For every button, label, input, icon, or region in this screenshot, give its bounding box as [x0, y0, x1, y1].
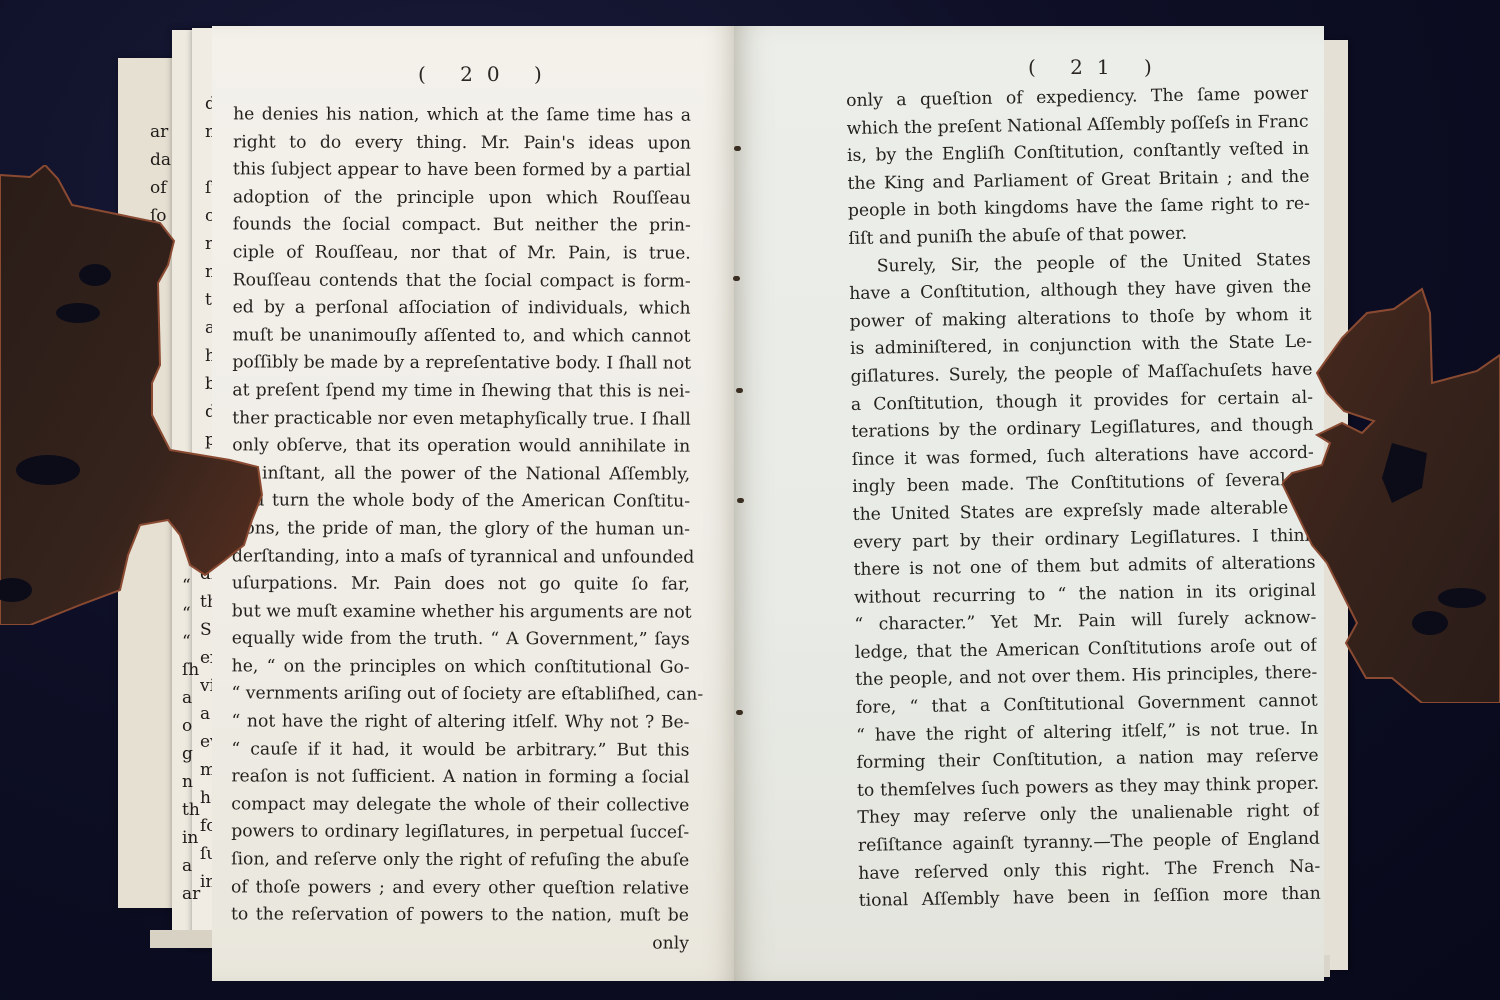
text-line: equally wide from the truth. “ A Governm…: [232, 626, 690, 655]
text-line: muſt be unanimouſly aſſented to, and whi…: [232, 322, 690, 351]
page-number-right: ( 21 ): [1028, 55, 1166, 79]
text-line: he denies his nation, which at the ſame …: [233, 101, 691, 130]
page-number-left: ( 20 ): [418, 62, 556, 86]
copper-page-weight-right-icon: [1282, 283, 1500, 703]
text-line: ther practicable nor even metaphyſically…: [232, 405, 690, 434]
text-line: “ not have the right of altering itſelf.…: [231, 708, 689, 737]
text-line: only obſerve, that its operation would a…: [232, 433, 690, 462]
text-line: but we muſt examine whether his argument…: [232, 598, 690, 627]
text-line: right to do every thing. Mr. Pain's idea…: [233, 129, 691, 158]
stitch-hole: [737, 498, 744, 503]
stitch-hole: [734, 146, 741, 151]
text-line: “ vernments ariſing out of ſociety are e…: [232, 681, 690, 710]
text-line: derſtanding, into a maſs of tyrannical a…: [232, 543, 690, 572]
text-line: uſurpations. Mr. Pain does not go quite …: [232, 570, 690, 599]
text-line: of thoſe powers ; and every other queſti…: [231, 874, 689, 903]
text-line: this ſubject appear to have been formed …: [233, 157, 691, 186]
left-page-text: he denies his nation, which at the ſame …: [231, 101, 691, 958]
text-line: and turn the whole body of the American …: [232, 488, 690, 517]
text-line: reaſon is not ſufficient. A nation in fo…: [231, 764, 689, 793]
text-line: at preſent ſpend my time in ſhewing that…: [232, 377, 690, 406]
stitch-hole: [736, 388, 743, 393]
text-line: adoption of the principle upon which Rou…: [233, 184, 691, 213]
text-line: an inſtant, all the power of the Nationa…: [232, 460, 690, 489]
text-line: “ cauſe if it had, it would be arbitrary…: [231, 736, 689, 765]
catchword: only: [231, 929, 689, 958]
right-page-text: only a queſtion of expediency. The ſame …: [846, 81, 1321, 916]
stitch-hole: [733, 276, 740, 281]
copper-page-weight-left-icon: [0, 165, 265, 625]
text-line: Rouſſeau contends that the ſocial compac…: [233, 267, 691, 296]
text-line: compact may delegate the whole of their …: [231, 791, 689, 820]
text-line: tions, the pride of man, the glory of th…: [232, 515, 690, 544]
text-line: ſion, and reſerve only the right of refu…: [231, 846, 689, 875]
text-line: powers to ordinary legiſlatures, in perp…: [231, 819, 689, 848]
text-line: to the reſervation of powers to the nati…: [231, 902, 689, 931]
text-line: he, “ on the principles on which conſtit…: [232, 653, 690, 682]
text-line: ed by a perſonal aſſociation of individu…: [233, 295, 691, 324]
text-line: ciple of Rouſſeau, nor that of Mr. Pain,…: [233, 239, 691, 268]
text-line: poſſibly be made by a repreſentative bod…: [232, 350, 690, 379]
stitch-hole: [736, 710, 743, 715]
text-line: founds the ſocial compact. But neither t…: [233, 212, 691, 241]
